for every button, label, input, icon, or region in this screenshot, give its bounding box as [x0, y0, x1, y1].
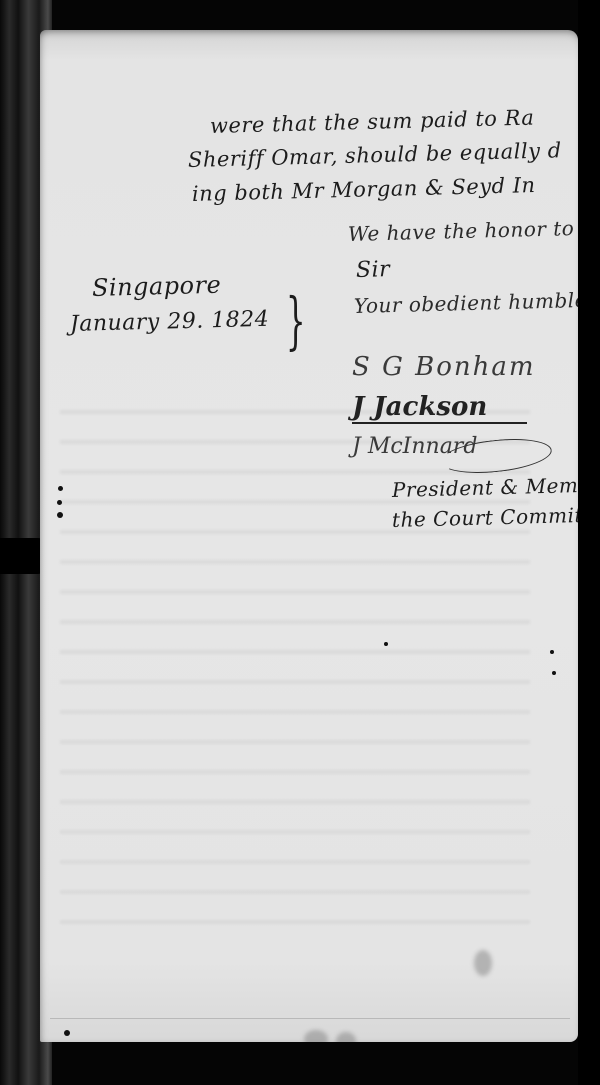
- water-stain: [304, 1030, 328, 1042]
- ink-spot: [384, 642, 388, 646]
- ink-spot: [57, 500, 62, 505]
- signature-2: J Jackson: [352, 392, 527, 424]
- ink-spot: [58, 486, 63, 491]
- dateline-brace: }: [286, 284, 306, 357]
- ink-spot: [550, 650, 554, 654]
- letter-subscription: Your obedient humble: [354, 288, 578, 318]
- letter-closing: We have the honor to: [348, 216, 575, 246]
- ink-spot: [57, 512, 63, 518]
- signatory-title-line-1: President & Members: [392, 472, 578, 502]
- ink-spot: [552, 671, 556, 675]
- water-stain: [474, 950, 492, 976]
- manuscript-page: were that the sum paid to Ra Sheriff Oma…: [40, 30, 578, 1042]
- water-stain: [336, 1032, 356, 1042]
- dateline-place: Singapore: [92, 271, 222, 302]
- ink-spot: [64, 1030, 70, 1036]
- letter-body-line-3: ing both Mr Morgan & Seyd In: [192, 173, 536, 206]
- letter-body-line-2: Sheriff Omar, should be equally d: [188, 138, 562, 172]
- scan-border-right: [578, 0, 600, 1085]
- letter-salutation: Sir: [356, 257, 391, 283]
- page-fold-line: [50, 1018, 570, 1019]
- letter-body-line-1: were that the sum paid to Ra: [210, 106, 535, 138]
- bleed-through-text: [60, 390, 530, 950]
- signatory-title-line-2: the Court Committee: [392, 502, 578, 532]
- dateline-date: January 29. 1824: [70, 307, 270, 337]
- manuscript-scan: were that the sum paid to Ra Sheriff Oma…: [0, 0, 600, 1085]
- signature-1: S G Bonham: [352, 352, 536, 382]
